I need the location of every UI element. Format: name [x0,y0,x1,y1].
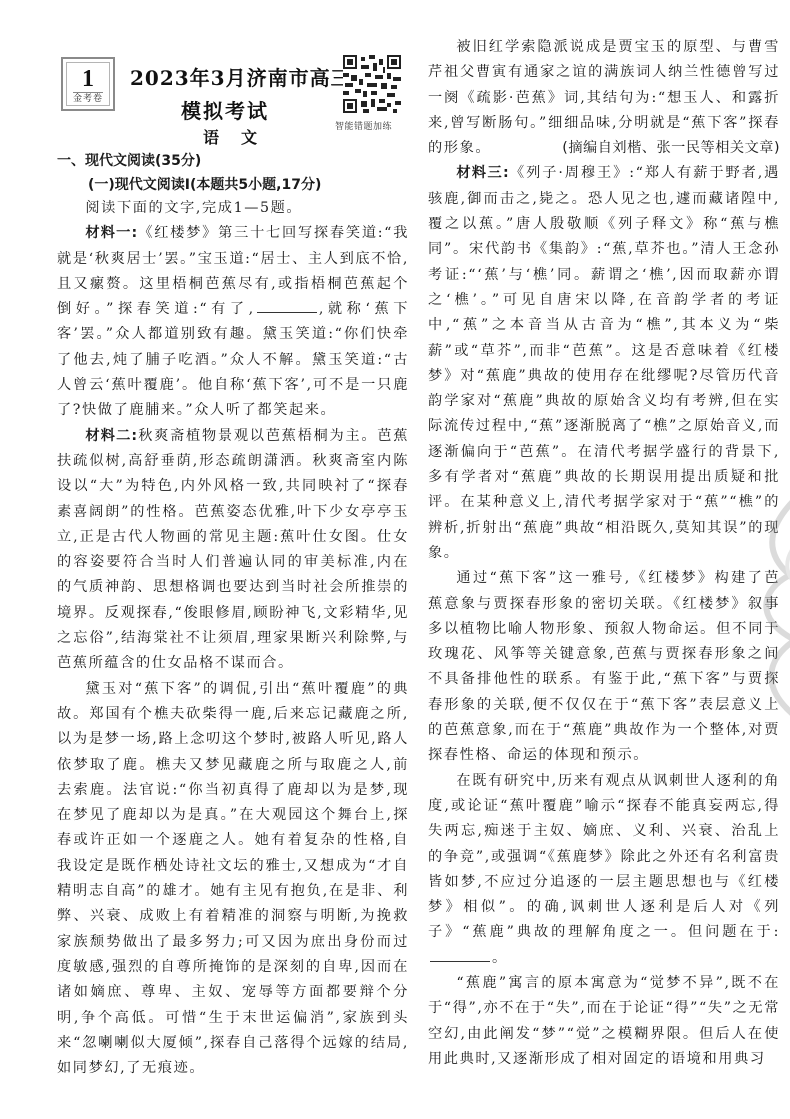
brand-logo: 1 金考卷 [61,57,115,111]
logo-inner-frame: 1 金考卷 [66,62,110,106]
section-heading: 一、现代文阅读(35分) [57,150,201,170]
qr-caption: 智能错题加练 [335,119,392,132]
material-one-label: 材料一: [85,225,138,241]
left-column: 阅读下面的文字,完成1—5题。 材料一:《红楼梦》第三十七回写探春笑道:“我就是… [57,196,409,1081]
material-two: 材料二:秋爽斋植物景观以芭蕉梧桐为主。芭蕉扶疏似树,高舒垂荫,形态疏朗潇洒。秋爽… [57,424,409,677]
qr-code-icon[interactable] [343,55,401,113]
material-three-paragraph-4: “蕉鹿”寓言的原本寓意为“觉梦不异”,既不在于“得”,亦不在于“失”,而在于论证… [428,971,780,1072]
brand-name: 金考卷 [73,92,103,105]
material-one: 材料一:《红楼梦》第三十七回写探春笑道:“我就是‘秋爽居士’罢。”宝玉道:“居士… [57,221,409,423]
exam-title: 2023年3月济南市高三 [130,62,352,91]
right-column: 被旧红学索隐派说成是贾宝玉的原型、与曹雪芹祖父曹寅有通家之谊的满族词人纳兰性德曾… [428,35,780,1072]
material-two-paragraph-3: 被旧红学索隐派说成是贾宝玉的原型、与曹雪芹祖父曹寅有通家之谊的满族词人纳兰性德曾… [428,35,780,161]
material-three-paragraph-3: 在既有研究中,历来有观点从讽刺世人逐利的角度,或论证“蕉叶覆鹿”喻示“探春不能真… [428,769,780,971]
fill-in-blank-1[interactable] [257,298,317,313]
material-two-paragraph-2: 黛玉对“蕉下客”的调侃,引出“蕉叶覆鹿”的典故。郑国有个樵夫砍柴得一鹿,后来忘记… [57,677,409,1082]
subsection-heading: (一)现代文阅读Ⅰ(本题共5小题,17分) [88,174,321,194]
fill-in-blank-2[interactable] [430,947,490,962]
paragraph-end: 。 [492,950,508,966]
exam-page: 1 金考卷 2023年3月济南市高三 模拟考试 语文 智能错题加练 一、现代文阅… [0,0,790,1119]
material-three-text: 《列子·周穆王》:“郑人有薪于野者,遇骇鹿,御而击之,毙之。恐人见之也,遽而藏诸… [428,165,780,560]
exam-title-line2: 模拟考试 [181,95,269,124]
material-three-paragraph-2: 通过“蕉下客”这一雅号,《红楼梦》构建了芭蕉意象与贾探春形象的密切关联。《红楼梦… [428,566,780,768]
material-one-text-b: ,就称‘蕉下客’罢。”众人都道别致有趣。黛玉笑道:“你们快牵了他去,炖了脯子吃酒… [57,301,409,418]
paragraph-text: 在既有研究中,历来有观点从讽刺世人逐利的角度,或论证“蕉叶覆鹿”喻示“探春不能真… [428,773,780,941]
subject-title: 语文 [203,125,279,148]
material-three-label: 材料三: [456,165,509,181]
material-two-label: 材料二: [85,428,138,444]
watermark-decoration-icon [750,480,790,730]
material-three: 材料三:《列子·周穆王》:“郑人有薪于野者,遇骇鹿,御而击之,毙之。恐人见之也,… [428,161,780,566]
source-citation: (摘编自刘楷、张一民等相关文章) [562,136,780,161]
material-two-text: 秋爽斋植物景观以芭蕉梧桐为主。芭蕉扶疏似树,高舒垂荫,形态疏朗潇洒。秋爽斋室内陈… [57,428,409,672]
paper-number: 1 [67,67,109,91]
instruction: 阅读下面的文字,完成1—5题。 [57,196,409,221]
